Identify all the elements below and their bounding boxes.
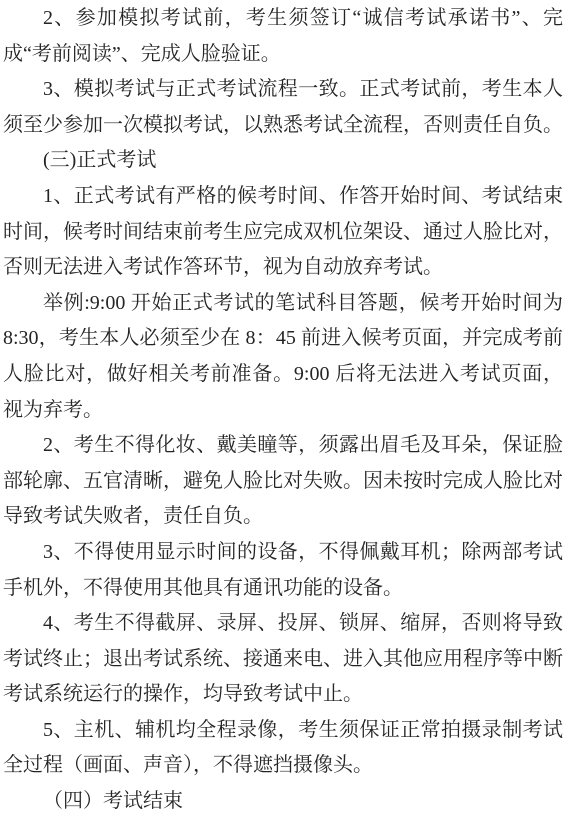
- paragraph-recording-rule: 5、主机、辅机均全程录像，考生须保证正常拍摄录制考试全过程（画面、声音），不得遮…: [3, 713, 563, 784]
- paragraph-no-screen-actions-rule: 4、考生不得截屏、录屏、投屏、锁屏、缩屏，否则将导致考试终止；退出考试系统、接通…: [3, 606, 563, 713]
- paragraph-example-schedule: 举例:9:00 开始正式考试的笔试科目答题，候考开始时间为 8:30，考生本人必…: [3, 286, 563, 428]
- section-heading-formal-exam: (三)正式考试: [3, 143, 563, 179]
- paragraph-no-devices-rule: 3、不得使用显示时间的设备，不得佩戴耳机；除两部考试手机外，不得使用其他具有通讯…: [3, 535, 563, 606]
- paragraph-mock-exam-required: 3、模拟考试与正式考试流程一致。正式考试前，考生本人须至少参加一次模拟考试，以熟…: [3, 72, 563, 143]
- paragraph-mock-exam-commitment: 2、参加模拟考试前，考生须签订“诚信考试承诺书”、完成“考前阅读”、完成人脸验证…: [3, 1, 563, 72]
- paragraph-formal-exam-times: 1、正式考试有严格的候考时间、作答开始时间、考试结束时间，候考时间结束前考生应完…: [3, 179, 563, 286]
- section-heading-exam-end: （四）考试结束: [3, 784, 563, 820]
- exam-notice-page: 2、参加模拟考试前，考生须签订“诚信考试承诺书”、完成“考前阅读”、完成人脸验证…: [0, 0, 565, 831]
- paragraph-no-makeup-rule: 2、考生不得化妆、戴美瞳等，须露出眉毛及耳朵，保证脸部轮廓、五官清晰，避免人脸比…: [3, 428, 563, 535]
